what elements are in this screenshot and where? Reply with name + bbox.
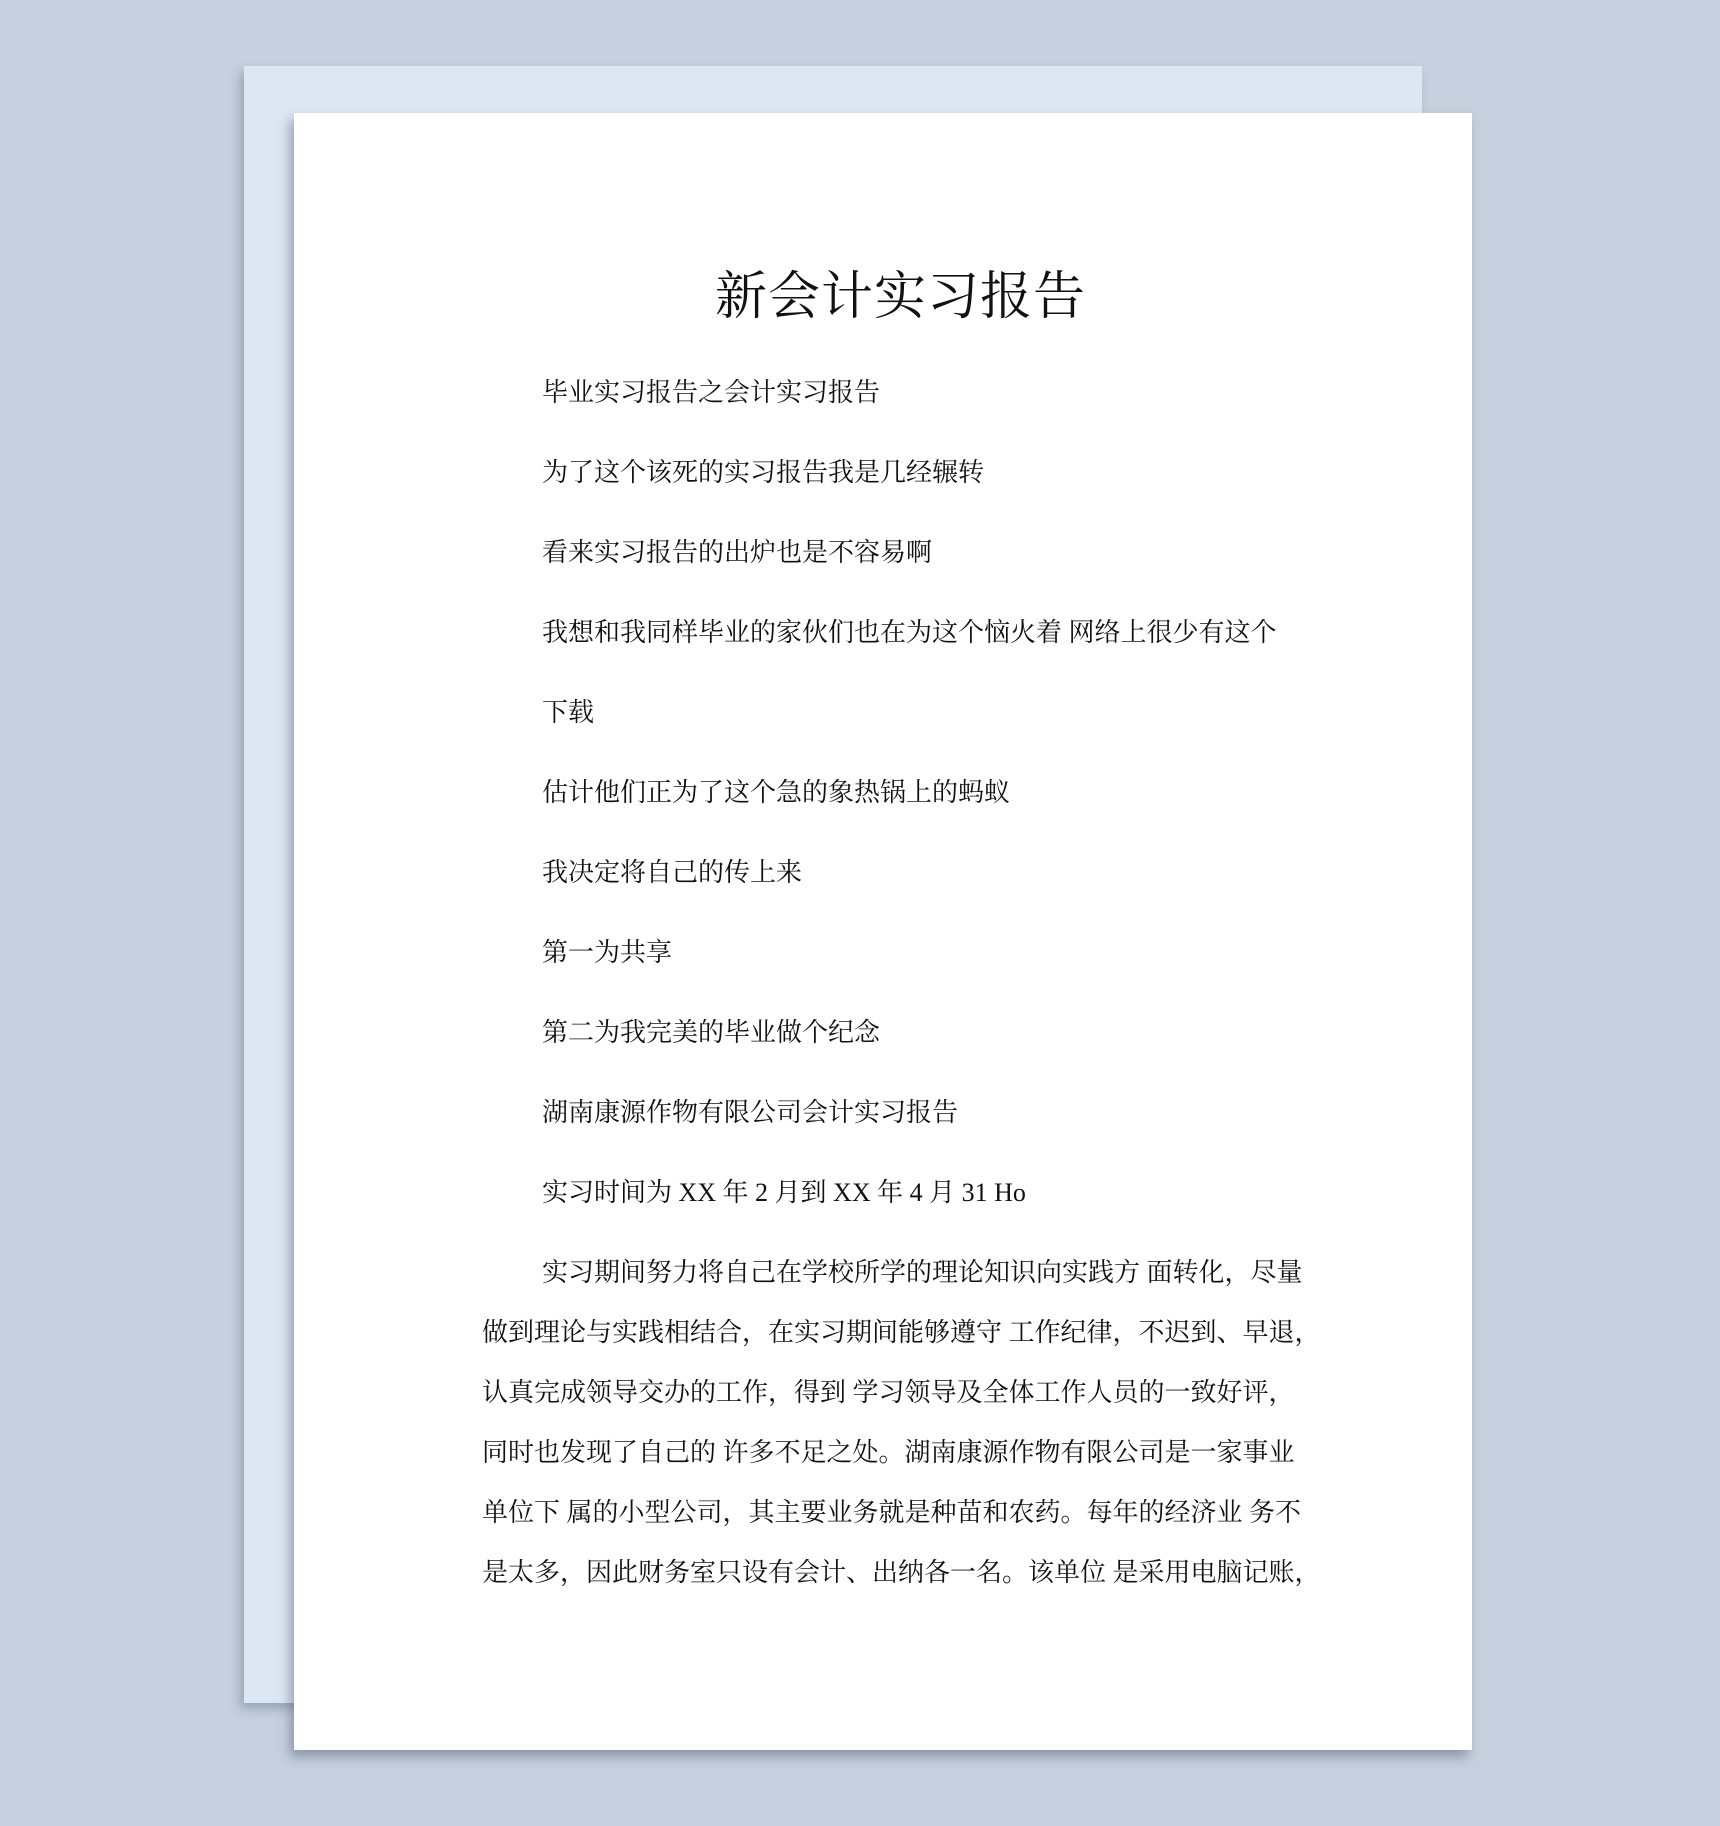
- document-title: 新会计实习报告: [482, 263, 1319, 333]
- paragraph: 我决定将自己的传上来: [482, 843, 1319, 903]
- body-paragraph: 实习期间努力将自己在学校所学的理论知识向实践方 面转化，尽量 做到理论与实践相结…: [482, 1243, 1319, 1603]
- paragraph: 看来实习报告的出炉也是不容易啊: [482, 523, 1319, 583]
- paragraph: 第二为我完美的毕业做个纪念: [482, 1003, 1319, 1063]
- paragraph: 为了这个该死的实习报告我是几经辗转: [482, 443, 1319, 503]
- paragraph: 毕业实习报告之会计实习报告: [482, 363, 1319, 423]
- body-line: 实习期间努力将自己在学校所学的理论知识向实践方 面转化，尽量: [482, 1243, 1319, 1303]
- document-page: 新会计实习报告 毕业实习报告之会计实习报告 为了这个该死的实习报告我是几经辗转 …: [294, 113, 1472, 1750]
- paragraph: 下载: [482, 683, 1319, 743]
- body-line: 认真完成领导交办的工作，得到 学习领导及全体工作人员的一致好评，: [482, 1363, 1319, 1423]
- body-line: 同时也发现了自己的 许多不足之处。湖南康源作物有限公司是一家事业: [482, 1423, 1319, 1483]
- paragraph: 湖南康源作物有限公司会计实习报告: [482, 1083, 1319, 1143]
- body-line: 做到理论与实践相结合，在实习期间能够遵守 工作纪律，不迟到、早退，: [482, 1303, 1319, 1363]
- paragraph: 估计他们正为了这个急的象热锅上的蚂蚁: [482, 763, 1319, 823]
- paragraph: 第一为共享: [482, 923, 1319, 983]
- body-line: 单位下 属的小型公司，其主要业务就是种苗和农药。每年的经济业 务不: [482, 1483, 1319, 1543]
- paragraph: 我想和我同样毕业的家伙们也在为这个恼火着 网络上很少有这个: [482, 603, 1319, 663]
- body-line: 是太多，因此财务室只设有会计、出纳各一名。该单位 是采用电脑记账，: [482, 1543, 1319, 1603]
- paragraph: 实习时间为 XX 年 2 月到 XX 年 4 月 31 Ho: [482, 1163, 1319, 1223]
- page-background: 新会计实习报告 毕业实习报告之会计实习报告 为了这个该死的实习报告我是几经辗转 …: [0, 0, 1720, 1826]
